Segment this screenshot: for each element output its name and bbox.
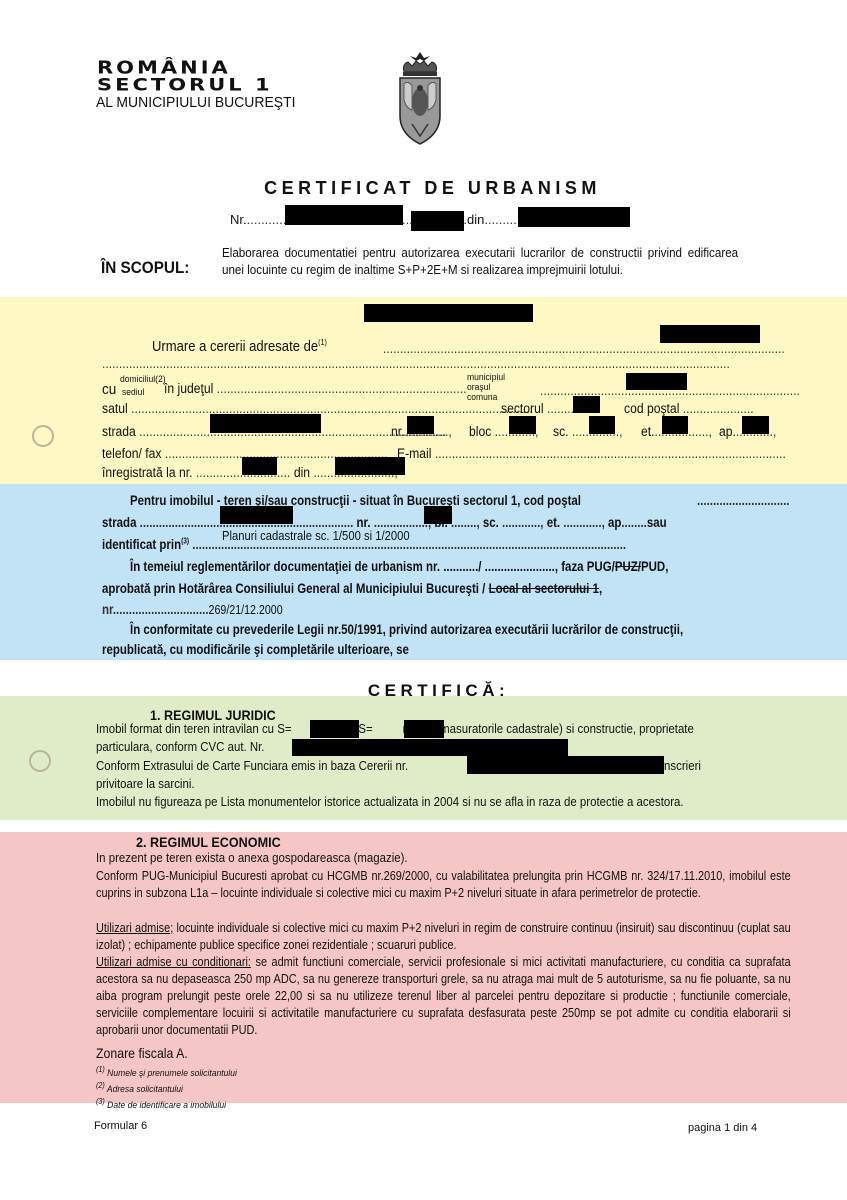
label-email: E-mail .................................… — [397, 446, 786, 461]
binder-hole-icon — [29, 750, 51, 772]
label-domiciliul: domiciliul(2) — [120, 375, 166, 384]
redacted-nr — [407, 416, 434, 434]
redacted-cert-number-suffix — [411, 211, 464, 231]
redacted-reg-number — [242, 457, 277, 475]
scope-label: ÎN SCOPUL: — [101, 258, 189, 278]
label-municipiul: municipiul — [467, 373, 505, 382]
economic-p2: Conform PUG-Municipiul Bucuresti aprobat… — [96, 867, 791, 901]
approval-number: nr..............................269/21/1… — [102, 601, 283, 617]
economic-p3: Utilizari admise; locuinte individuale s… — [96, 919, 791, 953]
footnote-3: (3) Date de identificare a imobilului — [96, 1096, 237, 1112]
label-sediul: sediul — [122, 388, 144, 397]
coat-of-arms-icon — [394, 50, 446, 148]
economic-p1: In prezent pe teren exista o anexa gospo… — [96, 849, 408, 866]
fiscal-zone: Zonare fiscala A. — [96, 1045, 188, 1062]
header-country: ROMÂNIA — [97, 58, 231, 77]
binder-hole-icon — [32, 425, 54, 447]
document-title: CERTIFICAT DE URBANISM — [0, 178, 847, 199]
law-conformity-2: republicată, cu modificările şi completă… — [102, 641, 409, 657]
law-conformity-1: În conformitate cu prevederile Legii nr.… — [130, 621, 683, 637]
redacted-property-nr — [424, 506, 452, 524]
redacted-cert-number — [285, 205, 403, 225]
label-judetul: în judeţul .............................… — [164, 381, 467, 396]
redacted-area-1 — [310, 720, 359, 738]
header-sector: SECTORUL 1 — [97, 76, 273, 94]
approval-line: aprobată prin Hotărârea Consiliului Gene… — [102, 580, 602, 596]
footnotes: (1) Numele şi prenumele solicitantului (… — [96, 1064, 237, 1112]
juridic-line-5: Imobilul nu figureaza pe Lista monumente… — [96, 793, 684, 810]
economic-p4: Utilizari admise cu conditionari: se adm… — [96, 953, 791, 1038]
redacted-sc — [589, 416, 615, 434]
redacted-sector — [573, 396, 600, 413]
redacted-city — [626, 373, 687, 390]
label-orasul: oraşul — [467, 383, 490, 392]
footnote-2: (2) Adresa solicitantului — [96, 1080, 237, 1096]
redacted-cvc-number — [292, 739, 568, 756]
redacted-applicant-name — [660, 325, 760, 343]
redacted-request-number — [467, 756, 664, 774]
redacted-authority — [364, 304, 533, 322]
page-indicator: pagina 1 din 4 — [688, 1122, 757, 1134]
economic-title: 2. REGIMUL ECONOMIC — [136, 834, 281, 850]
redacted-ap — [742, 416, 769, 434]
form-number: Formular 6 — [94, 1120, 147, 1132]
redacted-street — [210, 414, 321, 433]
footnote-1: (1) Numele şi prenumele solicitantului — [96, 1064, 237, 1080]
label-cu: cu — [102, 381, 116, 398]
redacted-bloc — [509, 416, 536, 434]
redacted-et — [662, 416, 688, 434]
juridic-line-1: Imobil format din teren intravilan cu S=… — [96, 720, 694, 737]
request-intro: Urmare a cererii adresate de(1) — [152, 338, 327, 355]
header-municipality: AL MUNICIPIULUI BUCUREŞTI — [96, 94, 295, 111]
redacted-property-street — [220, 506, 293, 524]
scope-text: Elaborarea documentatiei pentru autoriza… — [222, 245, 738, 279]
label-cod-postal: cod poştal ..................... — [624, 401, 754, 416]
juridic-line-4: privitoare la sarcini. — [96, 775, 195, 792]
property-location: Pentru imobilul - teren şi/sau construcţ… — [130, 492, 581, 508]
cadastral-plans-value: Planuri cadastrale sc. 1/500 si 1/2000 — [222, 529, 410, 543]
redacted-area-2 — [404, 720, 444, 738]
certifica-heading: CERTIFICĂ: — [0, 681, 847, 701]
urbanism-basis: În temeiul reglementărilor documentaţiei… — [130, 558, 668, 574]
redacted-reg-date — [335, 457, 405, 475]
property-address-line: strada .................................… — [102, 514, 667, 530]
redacted-cert-date — [518, 207, 630, 227]
